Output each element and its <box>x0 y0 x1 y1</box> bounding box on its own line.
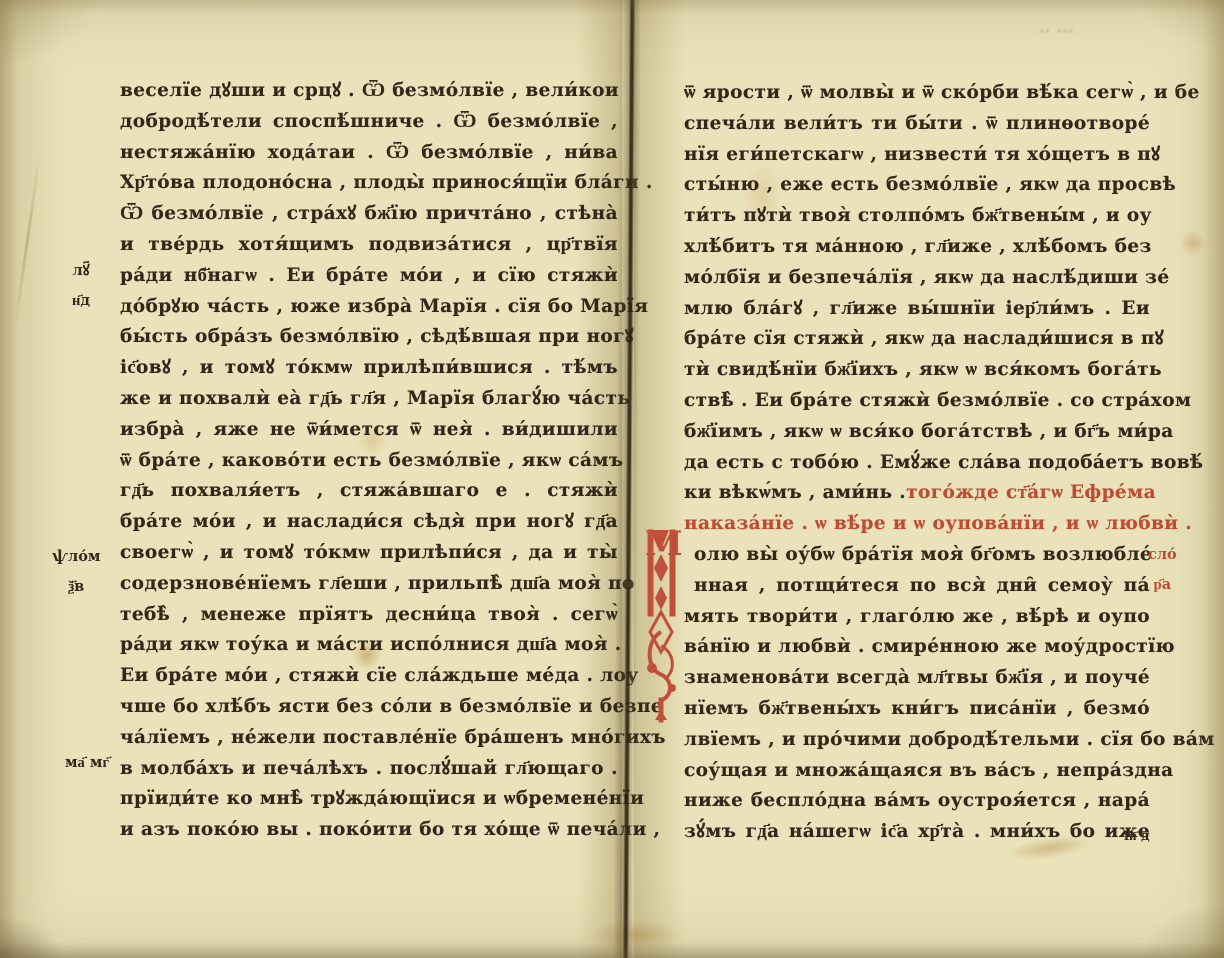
text-line: мять твори́ти , глаго́лю же , вѣ́рѣ и оу… <box>684 602 1150 633</box>
text-line: до́брꙋю ча́сть , юже избра̀ Марїя . сїя … <box>120 292 618 323</box>
body-text: же и похвалѝ еа̀ гд҃ь гл҃я , Марїя благꙋ… <box>120 388 630 409</box>
text-line: зꙋ́мъ гд҃а на́шегѡ іс҃а хр҃та̀ . мни́хъ … <box>684 817 1150 848</box>
text-line: Еи бра́те мо́и , стяжѝ сїе сла́ждьше ме́… <box>120 661 618 692</box>
rubric-text: наказа́нїе . ѡ вѣ́ре и ѡ оупова́нїи , и … <box>684 513 1192 534</box>
text-line: и азъ поко́ю вы . поко́ити бо тя хо́ще ѿ… <box>120 815 618 846</box>
text-line: олю вы̀ оу́бѡ бра́тїя моя̀ бг҃омъ возлюб… <box>684 540 1150 571</box>
margin-note-line: лꙋ҃ <box>72 256 90 286</box>
text-line: ти́тъ пꙋтѝ твоя̀ столпо́мъ бж҃твены́м , … <box>684 201 1150 232</box>
margin-note-line: ѱло́м <box>52 542 101 572</box>
body-text: млю бла́гꙋ , гл҃иже вы́шнїи іер҃ли́мъ . … <box>684 298 1150 319</box>
body-text: ти́тъ пꙋтѝ твоя̀ столпо́мъ бж҃твены́м , … <box>684 205 1152 226</box>
body-text: нная , потщи́теся по вся̀ дни̑ семоу̀ па… <box>694 575 1150 596</box>
body-text: да есть с тобо́ю . Емꙋ́же сла́ва подоба́… <box>684 452 1203 473</box>
text-line: же и похвалѝ еа̀ гд҃ь гл҃я , Марїя благꙋ… <box>120 384 618 415</box>
book-scan: веселїе дꙋши и срцꙋ . Ѿ безмо́лвїе , вел… <box>0 0 1224 958</box>
body-text: ча́лїемъ , не́жели поставле́нїе бра́шенъ… <box>120 727 666 748</box>
margin-note-luke: лꙋ҃ н҃д <box>72 256 90 316</box>
body-text: бы́сть обра́зъ безмо́лвїю , сѣдѣ́вшая пр… <box>120 326 634 347</box>
body-text: ѿ бра́те , каково́ти есть безмо́лвїе , я… <box>120 450 623 471</box>
body-text: чше бо хлѣ́бъ ясти без со́ли в безмо́лвї… <box>120 696 663 717</box>
text-line: нїя еги́петскагѡ , низвести́ тя хо́щетъ … <box>684 140 1150 171</box>
text-line: сты́ню , еже есть безмо́лвїе , якѡ да пр… <box>684 170 1150 201</box>
body-text: зꙋ́мъ гд҃а на́шегѡ іс҃а хр҃та̀ . мни́хъ … <box>684 821 1150 842</box>
body-text: до́брꙋю ча́сть , юже избра̀ Марїя . сїя … <box>120 296 648 317</box>
text-line: своегѡ̀ , и томꙋ то́кмѡ прилѣпи́ся , да … <box>120 538 618 569</box>
body-text: нїемъ бж҃твены́хъ кни́гъ писа́нїи , безм… <box>684 698 1150 719</box>
body-text: лвїемъ , и про́чими добродѣ́тельми . сїя… <box>684 729 1215 750</box>
margin-note-matthew: ма҃ мг҃ <box>52 748 122 778</box>
text-line: ниже беспло́дна ва́мъ оустроя́ется , нар… <box>684 786 1150 817</box>
text-line: ра́ди якѡ тоу́ка и ма́сти испо́лнися дш҃… <box>120 630 618 661</box>
text-line: нестяжа́нїю хода́таи . Ѿ безмо́лвїе , ни… <box>120 138 618 169</box>
body-text: гд҃ь похваля́етъ , стяжа́вшаго е . стяжѝ <box>120 480 618 501</box>
rubric-text: того́жде ст҃а́гѡ Ефре́ма <box>906 482 1156 503</box>
show-through-marks: ꞏꞏ ꞏꞏꞏ <box>1040 22 1120 40</box>
body-text: бра́те мо́и , и наслади́ся сѣдя̀ при ног… <box>120 511 618 532</box>
text-line: да есть с тобо́ю . Емꙋ́же сла́ва подоба́… <box>684 448 1150 479</box>
text-line: бра́те сїя стяжѝ , якѡ да наслади́шися в… <box>684 324 1150 355</box>
text-line: тебѣ̀ , менеже прїятъ десни́ца твоя̀ . с… <box>120 600 618 631</box>
body-text: веселїе дꙋши и срцꙋ . Ѿ безмо́лвїе , вел… <box>120 80 619 101</box>
text-line: іс҃овꙋ , и томꙋ то́кмѡ прилѣпи́вшися . т… <box>120 353 618 384</box>
initial-letter: М <box>645 524 683 564</box>
body-text: своегѡ̀ , и томꙋ то́кмѡ прилѣпи́ся , да … <box>120 542 618 563</box>
body-text: знаменова́ти всегда̀ мл҃твы бж҃їя , и по… <box>684 667 1150 688</box>
body-text: ра́ди якѡ тоу́ка и ма́сти испо́лнися дш҃… <box>120 634 622 655</box>
text-line: нїемъ бж҃твены́хъ кни́гъ писа́нїи , безм… <box>684 694 1150 725</box>
body-text: ра́ди нб҃нагѡ . Еи бра́те мо́и , и сїю с… <box>120 265 618 286</box>
body-text: олю вы̀ оу́бѡ бра́тїя моя̀ бг҃омъ возлюб… <box>694 544 1152 565</box>
body-text: ки вѣкѡ́мъ , ами́нь . <box>684 482 906 503</box>
text-line: спеча́ли вели́тъ ти бы́ти . ѿ плинѳотвор… <box>684 109 1150 140</box>
text-line: ки вѣкѡ́мъ , ами́нь .того́жде ст҃а́гѡ Еф… <box>684 478 1150 509</box>
body-text: тѝ свидѣ́нїи бж҃їихъ , якѡ ѡ вся́комъ бо… <box>684 359 1162 380</box>
quire-signature: іи҃ д <box>1124 828 1150 844</box>
text-line: ра́ди нб҃нагѡ . Еи бра́те мо́и , и сїю с… <box>120 261 618 292</box>
body-text: бра́те сїя стяжѝ , якѡ да наслади́шися в… <box>684 328 1164 349</box>
text-line: ча́лїемъ , не́жели поставле́нїе бра́шенъ… <box>120 723 618 754</box>
body-text: мять твори́ти , глаго́лю же , вѣ́рѣ и оу… <box>684 606 1150 627</box>
body-text: хлѣ́битъ тя ма́нною , гл҃иже , хлѣ́бомъ … <box>684 236 1152 257</box>
body-text: содерзнове́нїемъ гл҃еши , прильпѣ̀ дш҃а … <box>120 573 635 594</box>
text-line: ѿ ярости , ѿ молвы̀ и ѿ ско́рби вѣ́ка се… <box>684 78 1150 109</box>
text-line: Хр҃то́ва плодоно́сна , плоды̀ принося́щї… <box>120 168 618 199</box>
body-text: нестяжа́нїю хода́таи . Ѿ безмо́лвїе , ни… <box>120 142 618 163</box>
body-text: добродѣ́тели споспѣ́шниче . Ѿ безмо́лвїе… <box>120 111 618 132</box>
body-text: Хр҃то́ва плодоно́сна , плоды̀ принося́щї… <box>120 172 653 193</box>
margin-note-line: н҃д <box>72 286 90 316</box>
text-line: в молба́хъ и печа́лѣхъ . послꙋ́шай гл҃ющ… <box>120 754 618 785</box>
body-text: бж҃їимъ , якѡ ѡ вся́ко бога́тствѣ , и бг… <box>684 421 1174 442</box>
text-line: знаменова́ти всегда̀ мл҃твы бж҃їя , и по… <box>684 663 1150 694</box>
right-page-text-block: ѿ ярости , ѿ молвы̀ и ѿ ско́рби вѣ́ка се… <box>684 78 1150 848</box>
text-line: нная , потщи́теся по вся̀ дни̑ семоу̀ па… <box>684 571 1150 602</box>
body-text: ствѣ̀ . Еи бра́те стяжѝ безмо́лвїе . со … <box>684 390 1191 411</box>
margin-note-psalm: ѱло́м ѯ҃в <box>52 542 101 602</box>
text-line: добродѣ́тели споспѣ́шниче . Ѿ безмо́лвїе… <box>120 107 618 138</box>
text-line: млю бла́гꙋ , гл҃иже вы́шнїи іер҃ли́мъ . … <box>684 294 1150 325</box>
text-line: хлѣ́битъ тя ма́нною , гл҃иже , хлѣ́бомъ … <box>684 232 1150 263</box>
body-text: соу́щая и множа́щаяся въ ва́съ , непра́з… <box>684 760 1174 781</box>
drop-cap-initial: М <box>644 528 686 724</box>
body-text: іс҃овꙋ , и томꙋ то́кмѡ прилѣпи́вшися . т… <box>120 357 618 378</box>
text-line: и тве́рдь хотя́щимъ подвиза́тися , цр҃тв… <box>120 230 618 261</box>
text-line: гд҃ь похваля́етъ , стяжа́вшаго е . стяжѝ <box>120 476 618 507</box>
body-text: и тве́рдь хотя́щимъ подвиза́тися , цр҃тв… <box>120 234 618 255</box>
text-line: веселїе дꙋши и срцꙋ . Ѿ безмо́лвїе , вел… <box>120 76 618 107</box>
text-line: соу́щая и множа́щаяся въ ва́съ , непра́з… <box>684 756 1150 787</box>
margin-note-line: ма҃ мг҃ <box>52 748 122 778</box>
margin-note-slovo: сло́ р҃а <box>1148 540 1177 600</box>
text-line: ва́нїю и любвѝ . смире́нною же моу́дрост… <box>684 632 1150 663</box>
body-text: избра̀ , яже не ѿи́мется ѿ нея̀ . ви́диш… <box>120 419 618 440</box>
margin-note-line: р҃а <box>1148 570 1177 600</box>
body-text: ва́нїю и любвѝ . смире́нною же моу́дрост… <box>684 636 1175 657</box>
margin-note-line: ѯ҃в <box>52 572 101 602</box>
margin-note-line: сло́ <box>1148 540 1177 570</box>
text-line: мо́лбїя и безпеча́лїя , якѡ да наслѣ́диш… <box>684 263 1150 294</box>
text-line: прїиди́те ко мнѣ̀ трꙋжда́ющїися и ѡбреме… <box>120 784 618 815</box>
body-text: ниже беспло́дна ва́мъ оустроя́ется , нар… <box>684 790 1150 811</box>
left-page-text-block: веселїе дꙋши и срцꙋ . Ѿ безмо́лвїе , вел… <box>120 76 618 846</box>
body-text: мо́лбїя и безпеча́лїя , якѡ да наслѣ́диш… <box>684 267 1170 288</box>
body-text: нїя еги́петскагѡ , низвести́ тя хо́щетъ … <box>684 144 1160 165</box>
body-text: в молба́хъ и печа́лѣхъ . послꙋ́шай гл҃ющ… <box>120 758 618 779</box>
text-line: тѝ свидѣ́нїи бж҃їихъ , якѡ ѡ вся́комъ бо… <box>684 355 1150 386</box>
text-line: наказа́нїе . ѡ вѣ́ре и ѡ оупова́нїи , и … <box>684 509 1150 540</box>
text-line: чше бо хлѣ́бъ ясти без со́ли в безмо́лвї… <box>120 692 618 723</box>
body-text: Ѿ безмо́лвїе , стра́хꙋ бж҃їю причта́но ,… <box>120 203 618 224</box>
text-line: содерзнове́нїемъ гл҃еши , прильпѣ̀ дш҃а … <box>120 569 618 600</box>
text-line: ѿ бра́те , каково́ти есть безмо́лвїе , я… <box>120 446 618 477</box>
body-text: Еи бра́те мо́и , стяжѝ сїе сла́ждьше ме́… <box>120 665 639 686</box>
body-text: прїиди́те ко мнѣ̀ трꙋжда́ющїися и ѡбреме… <box>120 788 644 809</box>
text-line: лвїемъ , и про́чими добродѣ́тельми . сїя… <box>684 725 1150 756</box>
body-text: спеча́ли вели́тъ ти бы́ти . ѿ плинѳотвор… <box>684 113 1150 134</box>
text-line: бж҃їимъ , якѡ ѡ вся́ко бога́тствѣ , и бг… <box>684 417 1150 448</box>
text-line: бра́те мо́и , и наслади́ся сѣдя̀ при ног… <box>120 507 618 538</box>
body-text: ѿ ярости , ѿ молвы̀ и ѿ ско́рби вѣ́ка се… <box>684 82 1200 103</box>
text-line: избра̀ , яже не ѿи́мется ѿ нея̀ . ви́диш… <box>120 415 618 446</box>
body-text: и азъ поко́ю вы . поко́ити бо тя хо́ще ѿ… <box>120 819 660 840</box>
text-line: бы́сть обра́зъ безмо́лвїю , сѣдѣ́вшая пр… <box>120 322 618 353</box>
body-text: сты́ню , еже есть безмо́лвїе , якѡ да пр… <box>684 174 1176 195</box>
text-line: Ѿ безмо́лвїе , стра́хꙋ бж҃їю причта́но ,… <box>120 199 618 230</box>
body-text: тебѣ̀ , менеже прїятъ десни́ца твоя̀ . с… <box>120 604 618 625</box>
text-line: ствѣ̀ . Еи бра́те стяжѝ безмо́лвїе . со … <box>684 386 1150 417</box>
